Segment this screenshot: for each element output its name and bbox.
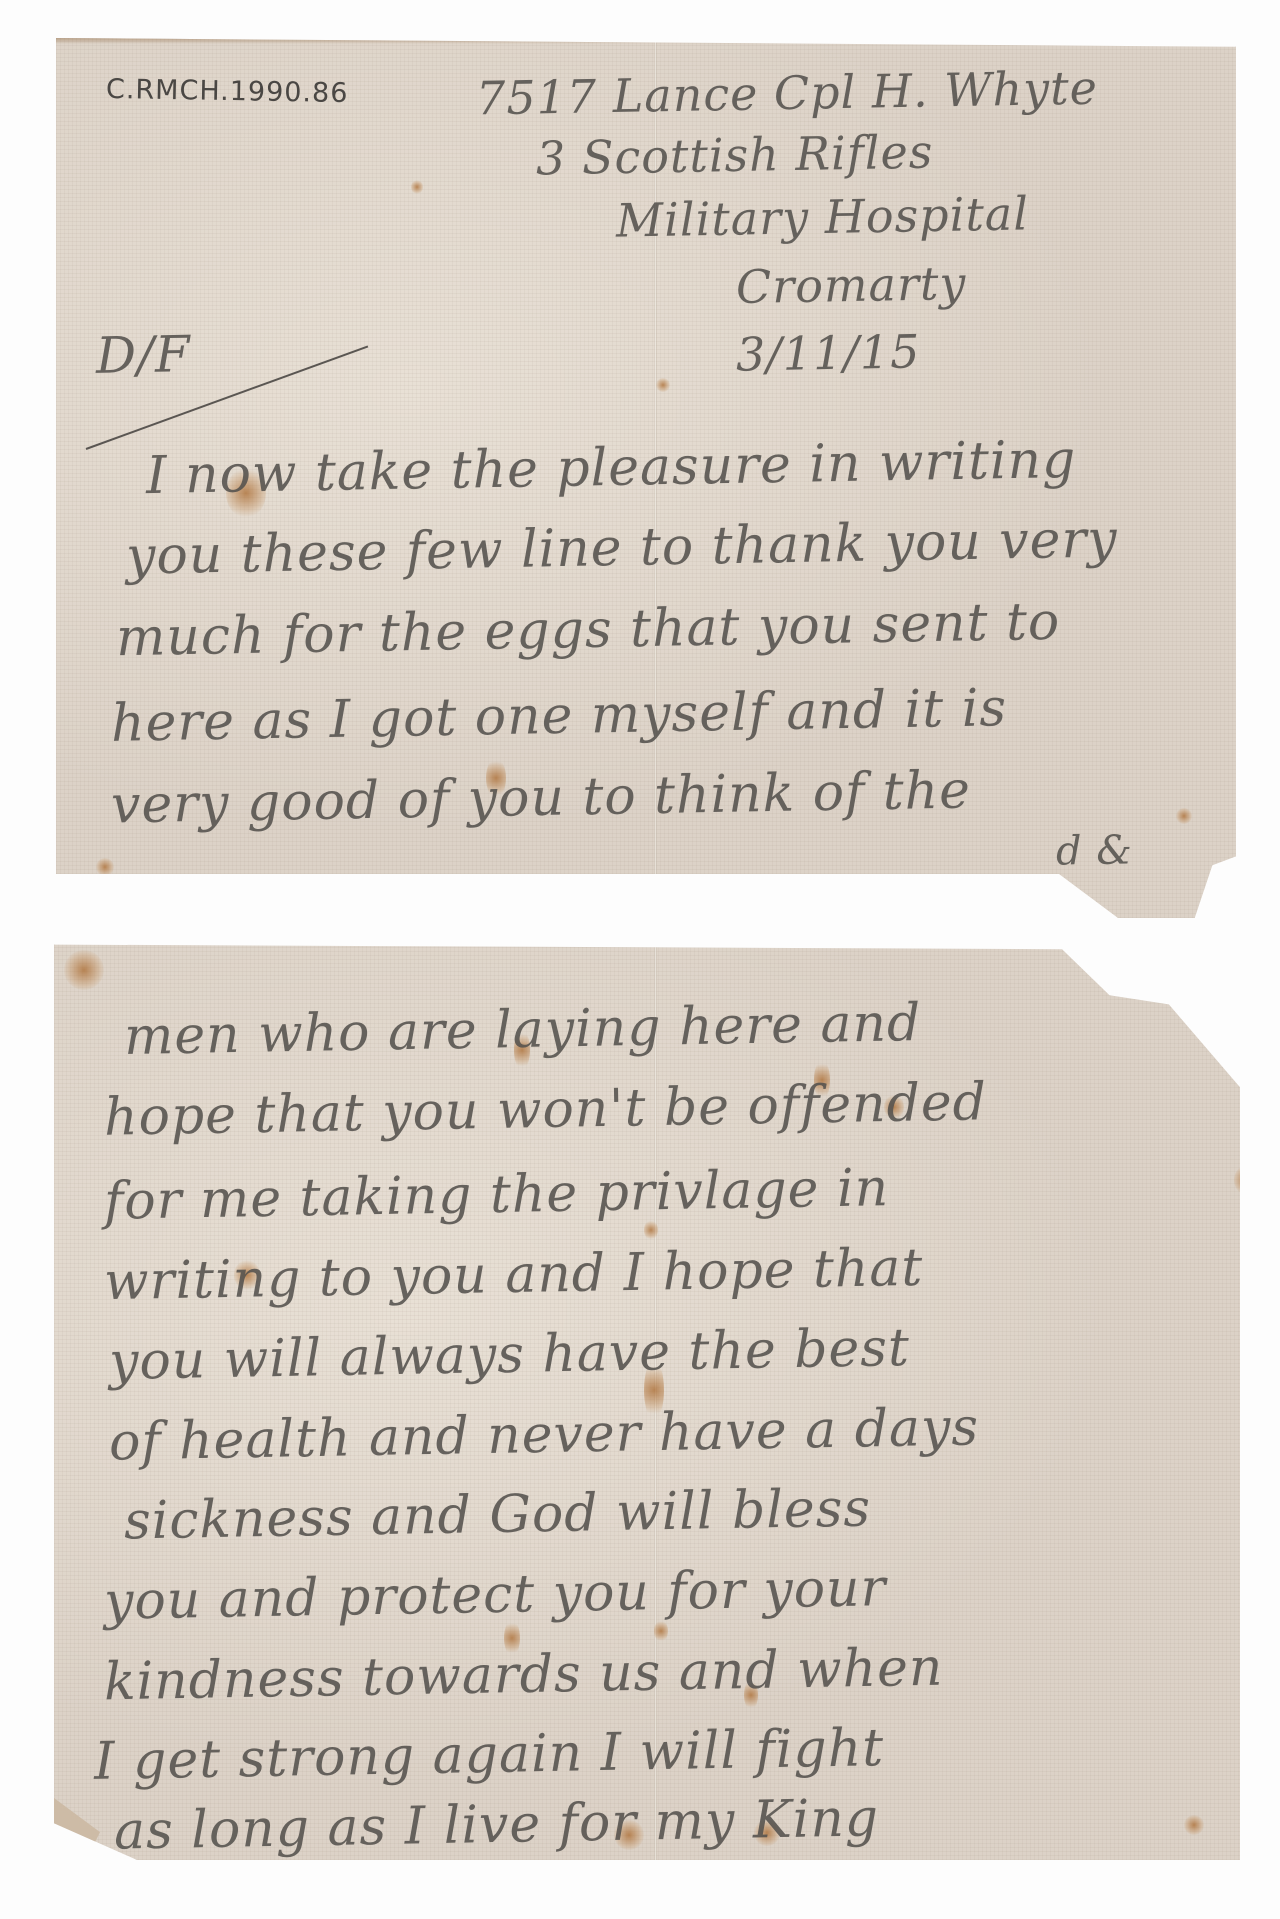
sender-town: Cromarty [736,256,967,314]
rust-stain [1234,1165,1260,1195]
letter-date: 3/11/15 [736,324,921,381]
letter-line: as long as I live for my King [114,1788,880,1861]
letter-line: here as I got one myself and it is [111,678,1008,754]
letter-line: you these few line to thank you very [126,509,1119,586]
letter-line: of health and never have a days [109,1397,980,1472]
rust-stain [411,180,423,194]
rust-stain [1176,808,1192,824]
paper-edge-stain [56,38,1236,44]
sender-hospital: Military Hospital [616,186,1030,247]
salutation: D/F [96,325,192,385]
rust-stain [644,1220,658,1240]
letter-line: for me taking the privlage in [104,1158,890,1232]
rust-stain [1184,1815,1204,1835]
letter-line: sickness and God will bless [124,1478,872,1551]
letter-line: much for the eggs that you sent to [116,592,1061,668]
letter-line: hope that you won't be offended [104,1072,988,1147]
letter-bottom-piece: men who are laying here and hope that yo… [54,940,1240,1860]
letter-top-piece: C.RMCH.1990.86 7517 Lance Cpl H. Whyte 3… [56,38,1236,918]
letter-line: I now take the pleasure in writing [146,430,1077,506]
letter-line: writing to you and I hope that [104,1238,924,1312]
letter-line: very good of you to think of the [111,761,972,836]
rust-stain [656,378,670,392]
sender-regiment: 3 Scottish Rifles [536,125,934,186]
rust-stain [654,1620,668,1642]
letter-line: I get strong again I will fight [94,1718,885,1792]
sender-name-rank: 7517 Lance Cpl H. Whyte [476,61,1099,126]
letter-line: kindness towards us and when [104,1638,944,1713]
letter-line: you will always have the best [109,1318,911,1392]
accession-number: C.RMCH.1990.86 [106,74,349,109]
letter-line: you and protect you for your [104,1558,887,1632]
folded-corner [54,1798,100,1860]
rust-stain [96,858,114,876]
rust-stain [64,950,104,990]
torn-fragment-text: d & [1056,827,1134,874]
letter-line: men who are laying here and [124,993,922,1067]
